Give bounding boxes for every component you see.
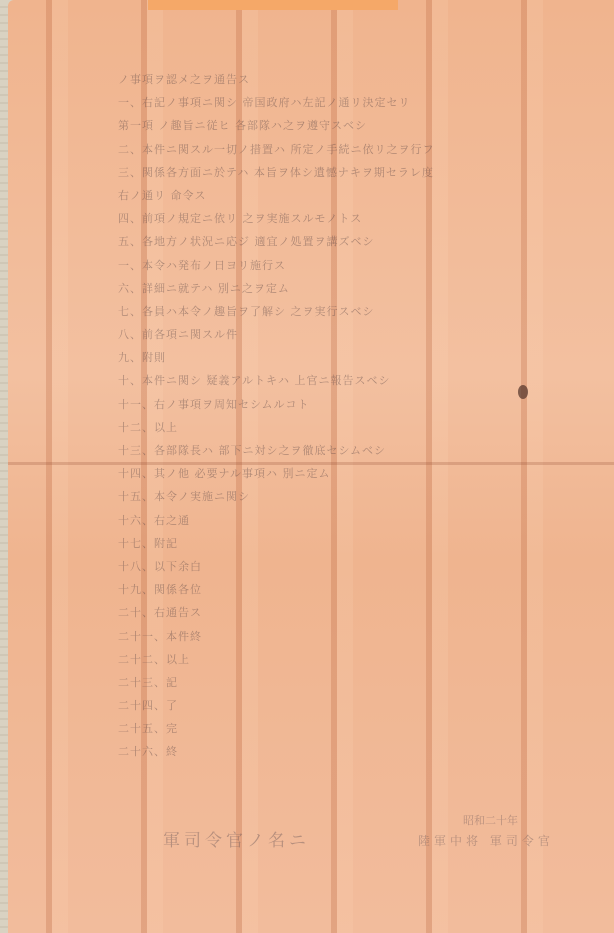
document-paper: ノ事項ヲ認メ之ヲ通告ス 一、右記ノ事項ニ関シ 帝国政府ハ左記ノ通リ決定セリ 第一… [8,0,614,933]
body-line: 十二、以上 [118,416,608,439]
body-line: 十九、関係各位 [118,578,608,601]
body-line: 七、各員ハ本令ノ趣旨ヲ了解シ 之ヲ実行スベシ [118,300,608,323]
body-line: 四、前項ノ規定ニ依リ 之ヲ実施スルモノトス [118,207,608,230]
body-line: 八、前各項ニ関スル件 [118,323,608,346]
body-line: 二、本件ニ関スル一切ノ措置ハ 所定ノ手続ニ依リ之ヲ行フ [118,138,608,161]
body-line: 二十一、本件終 [118,625,608,648]
body-line: 十七、附記 [118,532,608,555]
body-line: 二十三、記 [118,671,608,694]
body-line: 十四、其ノ他 必要ナル事項ハ 別ニ定ム [118,462,608,485]
body-line: 六、詳細ニ就テハ 別ニ之ヲ定ム [118,277,608,300]
body-line: 十五、本令ノ実施ニ関シ [118,485,608,508]
body-line: 十三、各部隊長ハ 部下ニ対シ之ヲ徹底セシムベシ [118,439,608,462]
body-line: 右ノ通リ 命令ス [118,184,608,207]
signature-right: 陸軍中将 軍司令官 [418,832,554,849]
signature-date: 昭和二十年 [463,812,518,828]
body-line: 十、本件ニ関シ 疑義アルトキハ 上官ニ報告スベシ [118,369,608,392]
document-body: ノ事項ヲ認メ之ヲ通告ス 一、右記ノ事項ニ関シ 帝国政府ハ左記ノ通リ決定セリ 第一… [118,68,608,764]
body-line: 二十四、了 [118,694,608,717]
body-line: 三、関係各方面ニ於テハ 本旨ヲ体シ遺憾ナキヲ期セラレ度 [118,161,608,184]
body-line: 一、本令ハ発布ノ日ヨリ施行ス [118,254,608,277]
body-line: 第一項 ノ趣旨ニ従ヒ 各部隊ハ之ヲ遵守スベシ [118,114,608,137]
body-line: 五、各地方ノ状況ニ応ジ 適宜ノ処置ヲ講ズベシ [118,230,608,253]
body-line: 二十二、以上 [118,648,608,671]
document-title: ノ事項ヲ認メ之ヲ通告ス [118,68,608,91]
signature-left: 軍司令官ノ名ニ [163,826,310,851]
body-line: 二十、右通告ス [118,601,608,624]
body-line: 一、右記ノ事項ニ関シ 帝国政府ハ左記ノ通リ決定セリ [118,91,608,114]
body-line: 二十五、完 [118,717,608,740]
body-line: 二十六、終 [118,740,608,763]
body-line: 十六、右之通 [118,509,608,532]
attached-label-strip [148,0,398,10]
body-line: 十八、以下余白 [118,555,608,578]
body-line: 九、附則 [118,346,608,369]
body-line: 十一、右ノ事項ヲ周知セシムルコト [118,393,608,416]
